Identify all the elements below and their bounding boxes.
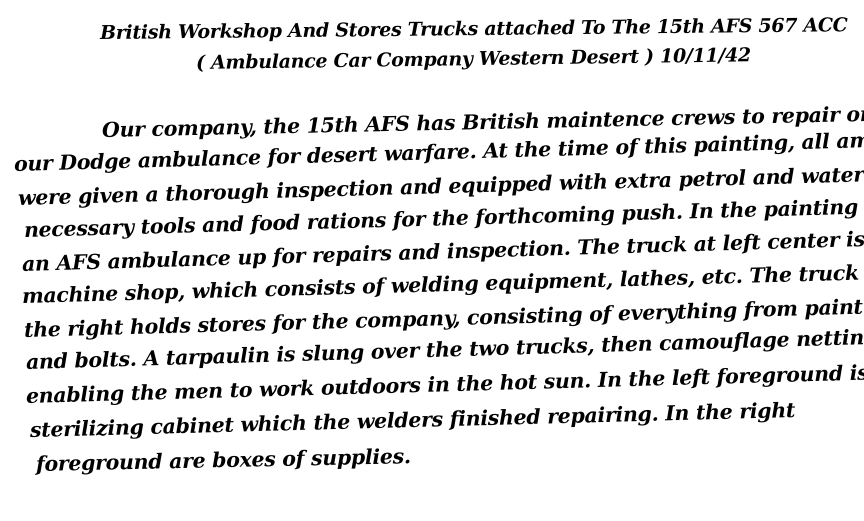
- title-line-1: British Workshop And Stores Trucks attac…: [100, 15, 760, 44]
- body-line-11: foreground are boxes of supplies.: [36, 444, 411, 476]
- title-line-2: ( Ambulance Car Company Western Desert )…: [196, 44, 751, 74]
- handwritten-document: British Workshop And Stores Trucks attac…: [0, 0, 864, 521]
